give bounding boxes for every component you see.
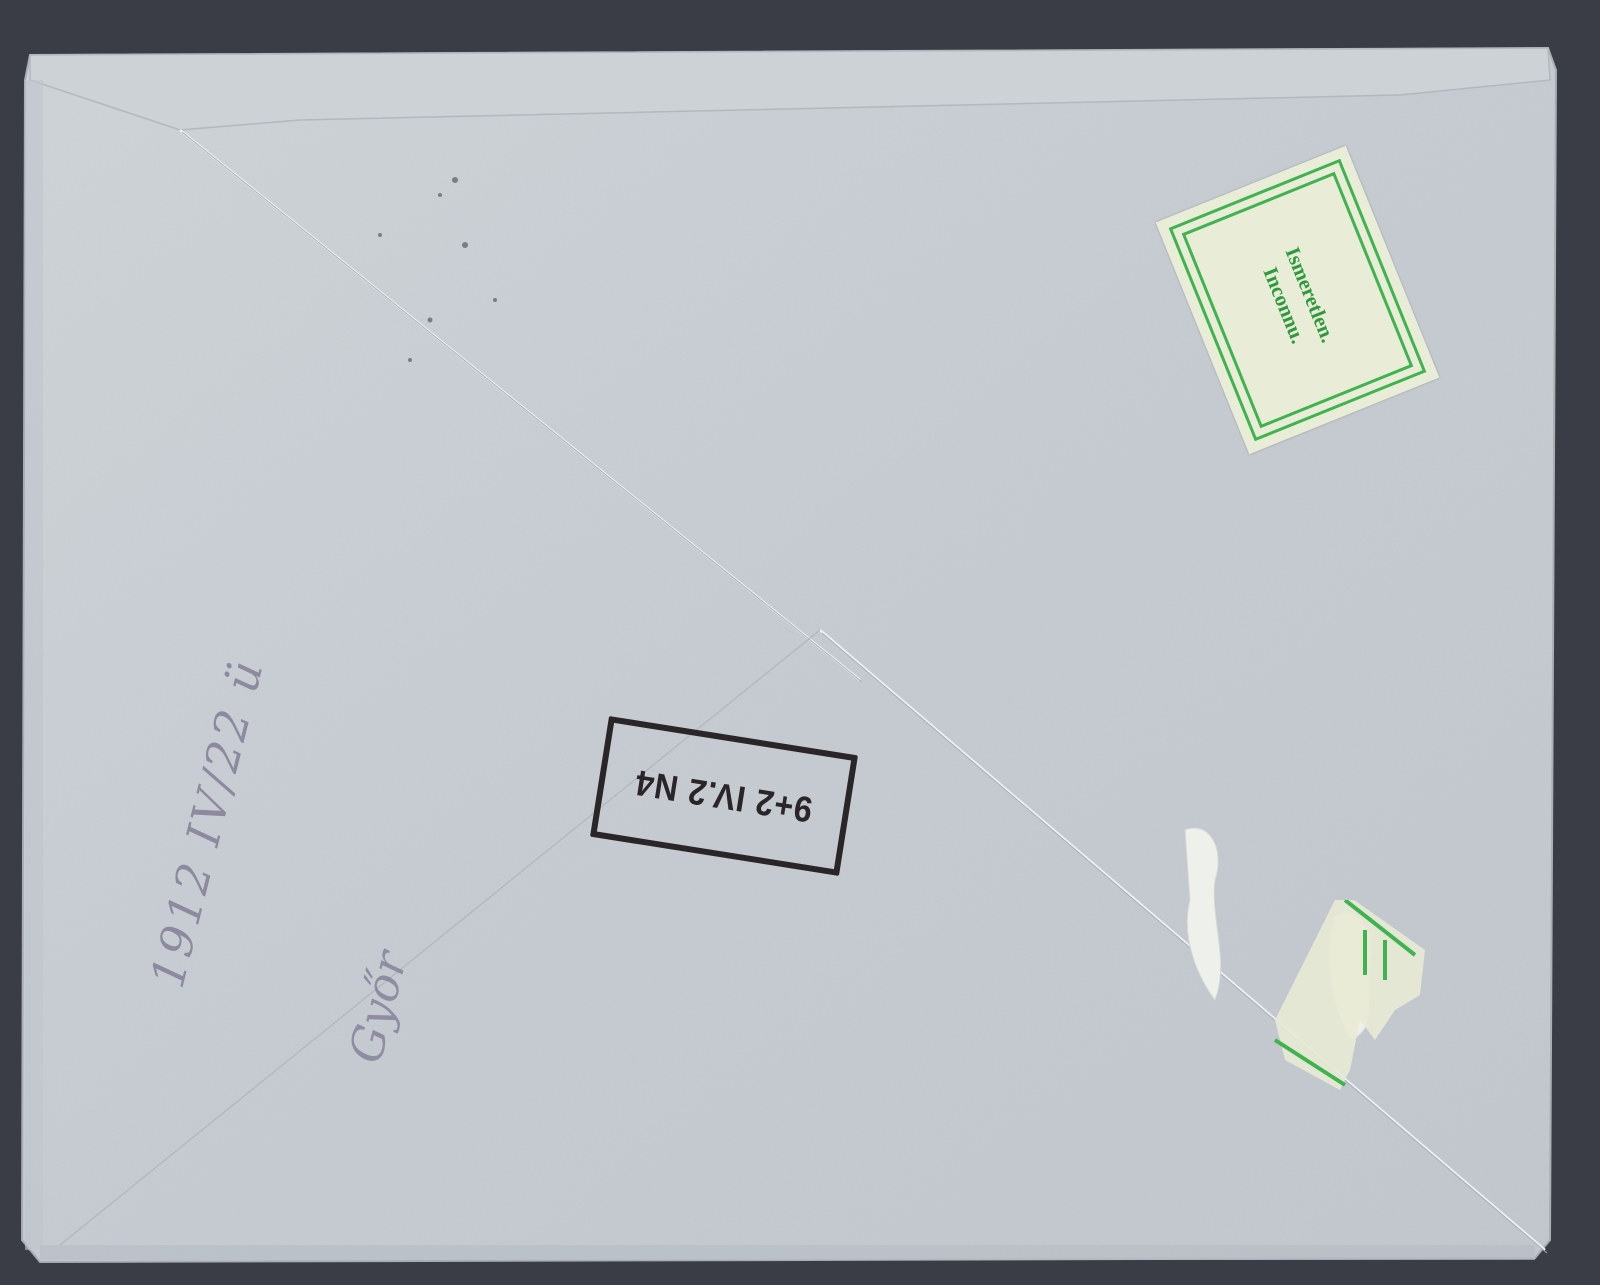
envelope-photo: Ismeretlen. Inconnu. 9+2 IV.2 N4 1912 IV…: [0, 0, 1600, 1285]
postmark-text: 9+2 IV.2 N4: [632, 761, 815, 830]
torn-label-remnant: [1245, 900, 1425, 1090]
